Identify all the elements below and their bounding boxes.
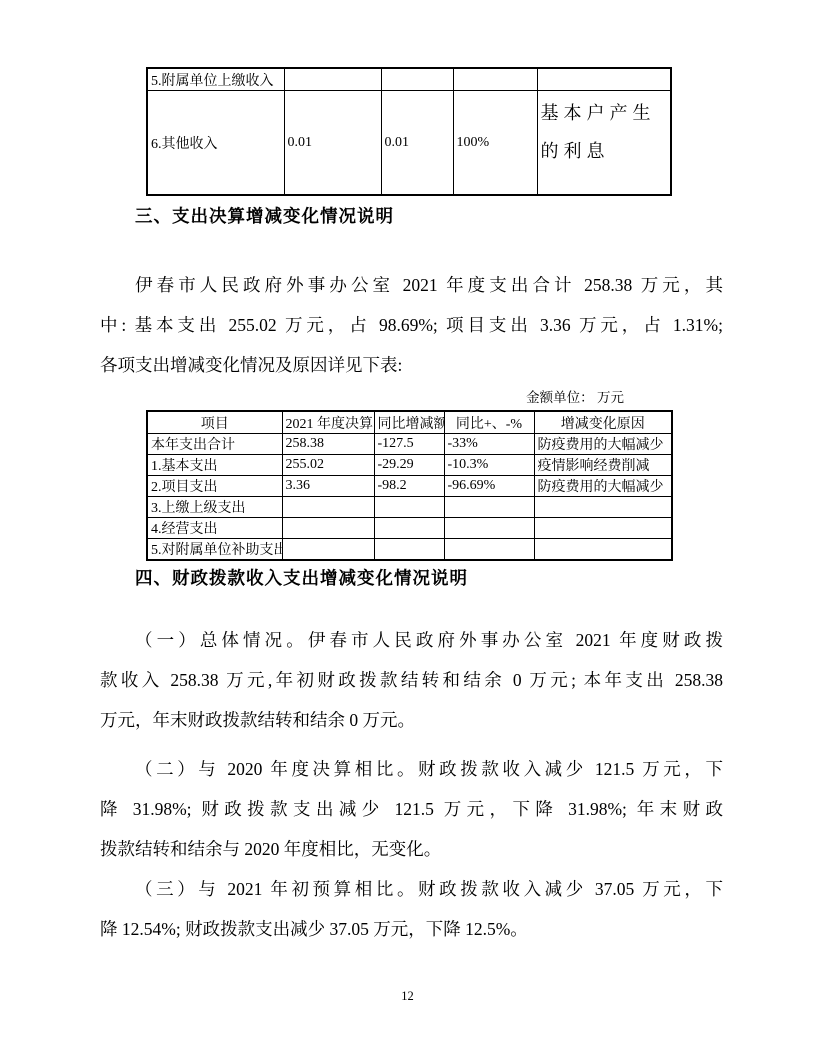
table-cell [284,68,381,91]
table-cell [453,68,537,91]
table-cell: -96.69% [444,476,534,497]
table-cell: -33% [444,434,534,455]
table-cell: 258.38 [282,434,374,455]
table-row: 3.上缴上级支出 [147,497,672,518]
paragraph-line: 降 12.54%; 财政拨款支出减少 37.05 万元，下降 12.5%。 [100,909,723,949]
table-cell [537,68,671,91]
paragraph-line: 拨款结转和结余与 2020 年度相比，无变化。 [100,829,723,869]
paragraph-line: （三）与 2021 年初预算相比。财政拨款收入减少 37.05 万元，下 [100,869,723,909]
table-cell: 6.其他收入 [147,91,284,196]
table-cell: 2.项目支出 [147,476,282,497]
table-cell [534,539,672,561]
table-cell [282,539,374,561]
paragraph-line: 万元，年末财政拨款结转和结余 0 万元。 [100,700,723,740]
table-cell [444,518,534,539]
section4-paragraph-3: （三）与 2021 年初预算相比。财政拨款收入减少 37.05 万元，下 降 1… [100,869,723,949]
table-header-cell: 增减变化原因 [534,411,672,434]
table-cell: 100% [453,91,537,196]
table-header-cell: 同比+、-% [444,411,534,434]
section3-heading: 三、支出决算增减变化情况说明 [135,203,394,229]
table-cell [444,539,534,561]
table-cell: 1.基本支出 [147,455,282,476]
paragraph-line: （二）与 2020 年度决算相比。财政拨款收入减少 121.5 万元，下 [100,749,723,789]
section3-paragraph: 伊春市人民政府外事办公室 2021 年度支出合计 258.38 万元，其 中: … [100,265,723,385]
table-cell: 3.36 [282,476,374,497]
paragraph-line: （一）总体情况。伊春市人民政府外事办公室 2021 年度财政拨 [100,620,723,660]
table-cell [282,497,374,518]
table-cell-remark: 基本户产生的利息 [537,91,671,196]
paragraph-line: 降 31.98%; 财政拨款支出减少 121.5 万元，下降 31.98%; 年… [100,789,723,829]
table-cell: 4.经营支出 [147,518,282,539]
section4-heading: 四、财政拨款收入支出增减变化情况说明 [135,565,468,591]
table-cell [374,497,444,518]
table-row: 4.经营支出 [147,518,672,539]
table-cell: 3.上缴上级支出 [147,497,282,518]
table-cell: -29.29 [374,455,444,476]
table-row: 1.基本支出 255.02 -29.29 -10.3% 疫情影响经费削减 [147,455,672,476]
table-cell [374,518,444,539]
table-cell: 5.附属单位上缴收入 [147,68,284,91]
table-cell: 255.02 [282,455,374,476]
page-number: 12 [0,989,815,1004]
income-table-fragment: 5.附属单位上缴收入 6.其他收入 0.01 0.01 100% 基本户产生的利… [146,67,672,196]
table-cell: 5.对附属单位补助支出 [147,539,282,561]
amount-unit-note: 金额单位： 万元 [146,390,670,406]
table-cell [534,518,672,539]
table-header-cell: 项目 [147,411,282,434]
table-header-cell: 2021 年度决算 [282,411,374,434]
table-row: 本年支出合计 258.38 -127.5 -33% 防疫费用的大幅减少 [147,434,672,455]
table-cell: 0.01 [381,91,453,196]
table-cell [534,497,672,518]
table-cell: 本年支出合计 [147,434,282,455]
table-cell: 防疫费用的大幅减少 [534,476,672,497]
paragraph-line: 伊春市人民政府外事办公室 2021 年度支出合计 258.38 万元，其 [100,265,723,305]
paragraph-line: 款收入 258.38 万元,年初财政拨款结转和结余 0 万元; 本年支出 258… [100,660,723,700]
table-cell [444,497,534,518]
table-cell: -127.5 [374,434,444,455]
table-cell: 疫情影响经费削减 [534,455,672,476]
table-cell [381,68,453,91]
section4-paragraph-1: （一）总体情况。伊春市人民政府外事办公室 2021 年度财政拨 款收入 258.… [100,620,723,740]
document-page: 5.附属单位上缴收入 6.其他收入 0.01 0.01 100% 基本户产生的利… [0,0,815,1055]
table-cell: 防疫费用的大幅减少 [534,434,672,455]
table-cell: -10.3% [444,455,534,476]
table-row: 5.对附属单位补助支出 [147,539,672,561]
paragraph-line: 中: 基本支出 255.02 万元，占 98.69%; 项目支出 3.36 万元… [100,305,723,345]
table-row: 2.项目支出 3.36 -98.2 -96.69% 防疫费用的大幅减少 [147,476,672,497]
section4-paragraph-2: （二）与 2020 年度决算相比。财政拨款收入减少 121.5 万元，下 降 3… [100,749,723,869]
table-row: 5.附属单位上缴收入 [147,68,671,91]
table-cell [282,518,374,539]
table-row: 6.其他收入 0.01 0.01 100% 基本户产生的利息 [147,91,671,196]
table-header-cell: 同比增减额 [374,411,444,434]
table-cell: -98.2 [374,476,444,497]
table-header-row: 项目 2021 年度决算 同比增减额 同比+、-% 增减变化原因 [147,411,672,434]
table-cell [374,539,444,561]
paragraph-line: 各项支出增减变化情况及原因详见下表: [100,345,723,385]
expense-table: 项目 2021 年度决算 同比增减额 同比+、-% 增减变化原因 本年支出合计 … [146,410,673,561]
table-cell: 0.01 [284,91,381,196]
